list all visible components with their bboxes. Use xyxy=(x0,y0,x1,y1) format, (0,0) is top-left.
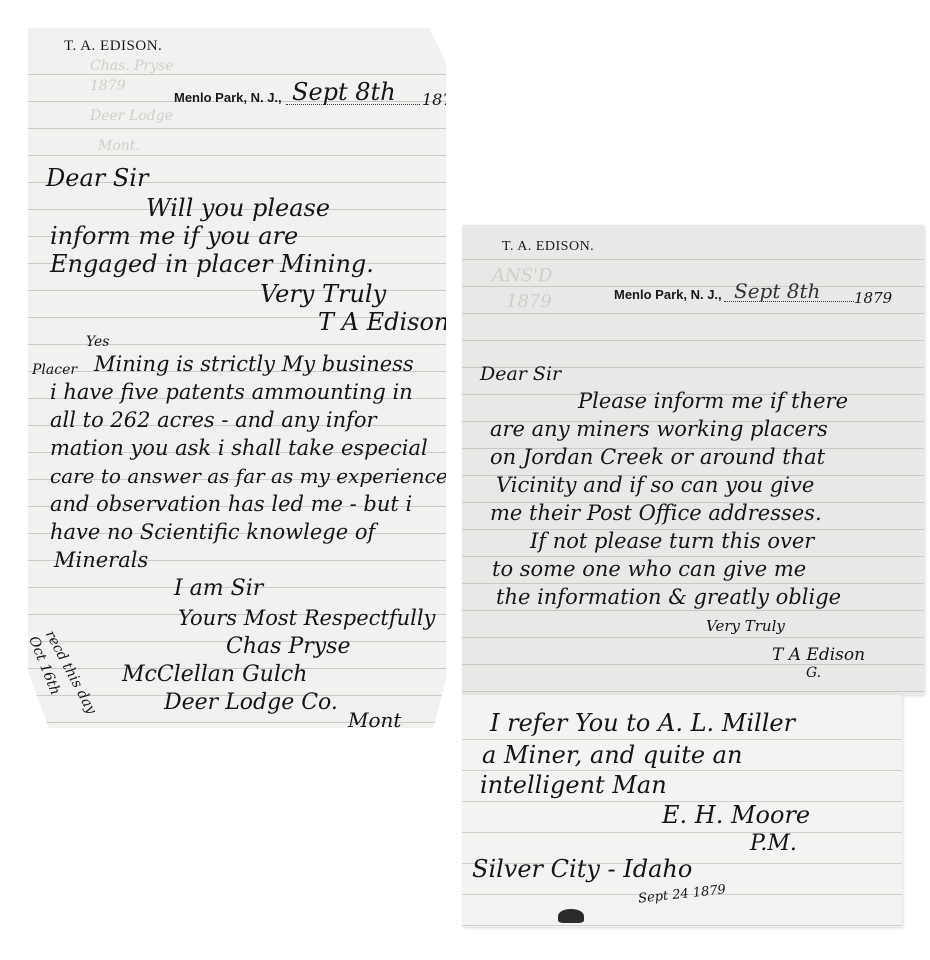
left-reply-margin-yes: Yes xyxy=(86,334,110,350)
left-reply-address-2: Deer Lodge Co. xyxy=(164,690,338,715)
left-faint-note-4: Mont. xyxy=(98,138,140,154)
right-reply-line-3: intelligent Man xyxy=(480,771,667,799)
right-letter-sheet: T. A. EDISON. ANS'D 1879 Menlo Park, N. … xyxy=(462,225,924,695)
right-signature-suffix: G. xyxy=(806,665,821,681)
left-salutation: Dear Sir xyxy=(46,164,148,192)
left-letter-sheet: T. A. EDISON. Chas. Pryse 1879 Deer Lodg… xyxy=(28,28,446,728)
right-date: Sept 8th xyxy=(734,279,820,303)
right-body-line-5: me their Post Office addresses. xyxy=(490,501,822,525)
left-year: 1879 xyxy=(422,90,463,109)
left-reply-line-2: i have five patents ammounting in xyxy=(50,380,413,404)
left-closing: Very Truly xyxy=(260,280,386,308)
right-body-line-6: If not please turn this over xyxy=(530,529,814,553)
left-letterhead: T. A. EDISON. xyxy=(64,38,162,55)
right-body-line-8: the information & greatly oblige xyxy=(496,585,841,609)
left-body-line-2: inform me if you are xyxy=(50,222,298,250)
left-reply-line-1: Mining is strictly My business xyxy=(94,352,414,376)
right-reply-date: Sept 24 1879 xyxy=(637,882,726,906)
left-body-line-3: Engaged in placer Mining. xyxy=(50,250,374,278)
left-reply-line-6: and observation has led me - but i xyxy=(50,492,412,516)
right-letterhead: T. A. EDISON. xyxy=(502,239,594,255)
right-body-line-1: Please inform me if there xyxy=(578,389,848,413)
right-body-line-7: to some one who can give me xyxy=(492,557,806,581)
left-reply-signature: Chas Pryse xyxy=(226,634,350,659)
ink-stain xyxy=(558,909,584,923)
left-reply-line-7: have no Scientific knowlege of xyxy=(50,520,375,544)
left-signature: T A Edison xyxy=(318,308,449,336)
right-place: Menlo Park, N. J., xyxy=(614,287,722,302)
left-reply-margin-placer: Placer xyxy=(32,362,77,378)
right-body-line-2: are any miners working placers xyxy=(490,417,828,441)
right-faint-stamp-1: ANS'D xyxy=(492,265,552,286)
right-reply-sheet: I refer You to A. L. Miller a Miner, and… xyxy=(462,695,902,927)
left-faint-note-2: 1879 xyxy=(90,78,126,94)
left-reply-address-1: McClellan Gulch xyxy=(122,662,307,687)
right-salutation: Dear Sir xyxy=(480,363,561,385)
left-faint-note-3: Deer Lodge xyxy=(90,108,173,124)
right-faint-stamp-2: 1879 xyxy=(506,291,552,312)
right-body-line-4: Vicinity and if so can you give xyxy=(496,473,814,497)
left-reply-address-3: Mont xyxy=(348,708,401,732)
left-date: Sept 8th xyxy=(292,78,396,106)
left-faint-note-1: Chas. Pryse xyxy=(90,58,174,74)
left-reply-line-4: mation you ask i shall take especial xyxy=(50,436,428,460)
right-body-line-3: on Jordan Creek or around that xyxy=(490,445,825,469)
left-reply-closing-1: I am Sir xyxy=(174,576,263,601)
right-closing: Very Truly xyxy=(706,617,785,635)
left-place: Menlo Park, N. J., xyxy=(174,90,282,105)
right-reply-signature: E. H. Moore xyxy=(662,801,810,829)
right-signature: T A Edison xyxy=(772,645,865,665)
left-reply-line-3: all to 262 acres - and any infor xyxy=(50,408,377,432)
right-reply-place: Silver City - Idaho xyxy=(472,855,692,883)
left-reply-line-8: Minerals xyxy=(54,548,148,572)
right-year: 1879 xyxy=(854,289,892,307)
left-reply-line-5: care to answer as far as my experience xyxy=(50,464,448,488)
right-reply-title: P.M. xyxy=(750,831,797,856)
right-reply-line-2: a Miner, and quite an xyxy=(482,741,742,769)
left-body-line-1: Will you please xyxy=(146,194,330,222)
right-reply-line-1: I refer You to A. L. Miller xyxy=(490,709,795,737)
left-reply-closing-2: Yours Most Respectfully xyxy=(178,606,435,630)
